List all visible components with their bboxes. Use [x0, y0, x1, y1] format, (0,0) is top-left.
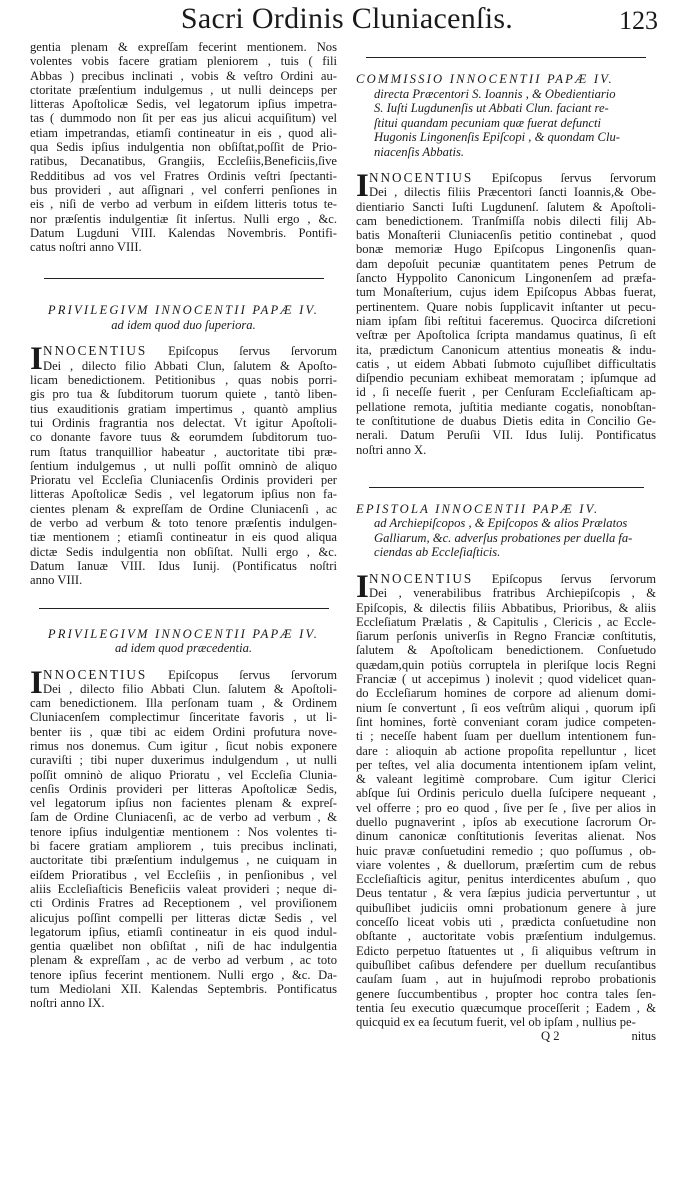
- page-header: Sacri Ordinis Cluniacenſis. 123: [0, 0, 694, 36]
- text-line: alicujus poſſint compelli per litteras d…: [30, 911, 337, 925]
- text-line: cientes plenam & expreſſam de Ordine Clu…: [30, 502, 337, 516]
- text-line: qua Sedis ipſius indulgentia non obſiſta…: [30, 140, 337, 154]
- text-line: duello pugnaverint , ipſos ab executione…: [356, 815, 656, 829]
- text-line: viare volentes , & duellorum, præſertim …: [356, 858, 656, 872]
- text-line: dientiario Sancti Iuſti Lugdunenſ. ſalut…: [356, 200, 656, 214]
- heading-line: ad Archiepiſcopos , & Epiſcopos & alios …: [374, 516, 656, 531]
- text-line: pertinentem. Quare nobis ſupplicavit inſ…: [356, 300, 656, 314]
- text-line: ratibus, Decanatibus, Grangiis, Eccleſii…: [30, 154, 337, 168]
- text-line: ſancto Hyppolito Canonicum Lingonenſem a…: [356, 271, 656, 285]
- section-divider: [44, 278, 324, 279]
- text-line: abſque ſui Ordinis periculo duella ſuſci…: [356, 786, 656, 800]
- text-line: ſint homines, fortè conveniant coram jud…: [356, 715, 656, 729]
- text-line: bus provideri , aut aſſignari , vel conf…: [30, 183, 337, 197]
- section-heading-description: directa Præcentori S. Ioannis , & Obedie…: [356, 87, 656, 160]
- opening-line-rest: Epiſcopus ſervus ſervorum: [147, 668, 337, 682]
- text-line: ſentium indulgemus , ut nulli poſſit omn…: [30, 459, 337, 473]
- text-line: de verbo ad verbum & toto tenore præſent…: [30, 516, 337, 530]
- text-line: tius exauditionis gratiam impertimus , q…: [30, 402, 337, 416]
- right-column: COMMISSIO INNOCENTII PAPÆ IV. directa Pr…: [356, 40, 656, 1045]
- text-line: tiæ mentionem ; etiamſi contineatur in e…: [30, 530, 337, 544]
- text-line: rimus nos donemus. Cum igitur , ſicut no…: [30, 739, 337, 753]
- text-line: Dei , dilectis filiis Præcentori ſancti …: [356, 185, 656, 199]
- signature-mark: Q 2: [541, 1029, 560, 1043]
- text-line: do Eccleſiarum homines de corpore ad ali…: [356, 686, 656, 700]
- text-line: Cluniacenſem complectimur ſinceritate fa…: [30, 710, 337, 724]
- text-line: Redditibus ad vos vel Fratres Ordinis ve…: [30, 169, 337, 183]
- section-divider: [369, 487, 644, 488]
- heading-title: COMMISSIO INNOCENTII PAPÆ IV.: [356, 72, 656, 87]
- heading-line: S. Iuſti Lugdunenſis ut Abbati Clun. fac…: [374, 101, 656, 116]
- section-divider: [366, 57, 646, 58]
- section-commissio: COMMISSIO INNOCENTII PAPÆ IV. directa Pr…: [356, 72, 656, 457]
- opening-line-rest: Epiſcopus ſervus ſervorum: [147, 344, 337, 358]
- text-line: nium ſe convertunt , ſi eos veſtrûm aliq…: [356, 701, 656, 715]
- heading-line: niacenſis Abbatis.: [374, 145, 656, 160]
- letter-body: INNOCENTIUS Epiſcopus ſervus ſervorumDei…: [30, 668, 337, 1011]
- text-line: quibuſlibet caſibus defendere per duellu…: [356, 958, 656, 972]
- text-line: ita, prædictum Canonicum attentius monea…: [356, 343, 656, 357]
- text-line: rum ſtatus tranquillior habeatur , aucto…: [30, 445, 337, 459]
- text-line: Datum Ianuæ VIII. Idus Iunij. (Pontifica…: [30, 559, 337, 573]
- text-line: ſam de Ordine Cluniacenſi, ac de verbo a…: [30, 810, 337, 824]
- text-line: huic pravæ conſuetudini remedio ; quo po…: [356, 844, 656, 858]
- text-line: curaviſti ; tibi nuper duxerimus indulge…: [30, 753, 337, 767]
- letter-body: INNOCENTIUS Epiſcopus ſervus ſervorumDei…: [30, 344, 337, 587]
- text-line: tum Monaſterium, cujus idem Epiſcopus Ab…: [356, 285, 656, 299]
- text-line: volentes vobis facere gratiam pleniorem …: [30, 54, 337, 68]
- text-line: Eccleſiaſticis agitur, penitus interdice…: [356, 872, 656, 886]
- opening-line-rest: Epiſcopus ſervus ſervorum: [473, 572, 656, 586]
- letter-body: INNOCENTIUS Epiſcopus ſervus ſervorumDei…: [356, 171, 656, 457]
- text-line: tenore ipſius fecerint mentionem. Nulli …: [30, 968, 337, 982]
- section-privilegium-2: PRIVILEGIVM INNOCENTII PAPÆ IV. ad idem …: [30, 627, 337, 1011]
- heading-line: Hugonis Lingonenſis Epiſcopi , & quondam…: [374, 130, 656, 145]
- text-line: litteras Apoſtolicæ Sedis, vel legatorum…: [30, 97, 337, 111]
- text-line: ſiarum perſonis univerſis in Regno Franc…: [356, 629, 656, 643]
- text-line: tenore ipſius indulgentiæ mentionem : No…: [30, 825, 337, 839]
- heading-line: Galliarum, &c. adverſus probationes per …: [374, 531, 656, 546]
- text-line: per teſtes, vel alia documenta intention…: [356, 758, 656, 772]
- text-line: quibuſlibet judiciis omni probationum ge…: [356, 901, 656, 915]
- text-line: dinum canonicæ conſtitutionis ſeveritas …: [356, 829, 656, 843]
- text-line: benter iis , quæ tibi ac eidem Ordini pr…: [30, 725, 337, 739]
- opening-word: NNOCENTIUS: [369, 571, 473, 586]
- text-line: diſpendio pecuniam exhibeat memoratam ; …: [356, 371, 656, 385]
- text-line: Dei , venerabilibus fratribus Archiepiſc…: [356, 586, 656, 600]
- heading-title: PRIVILEGIVM INNOCENTII PAPÆ IV.: [30, 627, 337, 642]
- opening-line-rest: Epiſcopus ſervus ſervorum: [473, 171, 656, 185]
- text-line: & valeant legitimè comprobare. Cum igitu…: [356, 772, 656, 786]
- text-line: noſtri anno IX.: [30, 996, 337, 1010]
- section-heading: COMMISSIO INNOCENTII PAPÆ IV.: [356, 72, 656, 87]
- text-line: cam benedictionem. Illa perſonam tuam , …: [30, 696, 337, 710]
- drop-cap: I: [356, 573, 369, 601]
- text-line: obſtante , auctoritate vobis præſentium …: [356, 929, 656, 943]
- heading-title: PRIVILEGIVM INNOCENTII PAPÆ IV.: [30, 303, 337, 318]
- text-line: Dei , dilecto filio Abbati Clun, ſalutem…: [30, 359, 337, 373]
- heading-subtitle: ad idem quod præcedentia.: [30, 641, 337, 656]
- letter-body: INNOCENTIUS Epiſcopus ſervus ſervorumDei…: [356, 572, 656, 1030]
- text-line: vel offerre ; pro eo quod , ſive per ſe …: [356, 801, 656, 815]
- text-line: nor præſentis indulgentiæ ſit inſertus. …: [30, 212, 337, 226]
- section-heading: PRIVILEGIVM INNOCENTII PAPÆ IV. ad idem …: [30, 627, 337, 656]
- text-line: NNOCENTIUS Epiſcopus ſervus ſervorum: [356, 572, 656, 586]
- text-line: eis , niſi de verbo ad verbum in eiſdem …: [30, 197, 337, 211]
- text-line: quicquid ex ea ſecutum fuerit, vel ob ip…: [356, 1015, 656, 1029]
- text-line: ctoritate præſentium indulgemus , ut nul…: [30, 83, 337, 97]
- text-line: Epiſcopis, & dilectis filiis Abbatibus, …: [356, 601, 656, 615]
- text-line: noſtri anno X.: [356, 443, 656, 457]
- drop-cap: I: [30, 345, 43, 373]
- section-divider: [39, 608, 329, 609]
- opening-word: NNOCENTIUS: [43, 343, 147, 358]
- continuation-paragraph: gentia plenam & expreſſam fecerint menti…: [30, 40, 337, 254]
- text-line: co donante favore tuus & eorumdem ſubdit…: [30, 430, 337, 444]
- text-line: litteras Apoſtolicæ Sedis , vel legatoru…: [30, 487, 337, 501]
- text-line: ſalutem & Apoſtolicam benedictionem. Con…: [356, 643, 656, 657]
- text-line: Edicto perpetuo ſtatuentes ut , ſi aliqu…: [356, 944, 656, 958]
- text-line: quædam,quin potiùs corruptela in pleriſq…: [356, 658, 656, 672]
- text-line: tui Ordinis fragrantia nos delectat. Vt …: [30, 416, 337, 430]
- section-heading-description: ad Archiepiſcopos , & Epiſcopos & alios …: [356, 516, 656, 560]
- text-line: Franciæ ( ut accepimus ) inolevit ; quod…: [356, 672, 656, 686]
- heading-subtitle: ad idem quod duo ſuperiora.: [30, 318, 337, 333]
- text-line: bi facere gratiam ampliorem , tuis preci…: [30, 839, 337, 853]
- text-line: ti ; neceſſe habent ſuam per duellum int…: [356, 729, 656, 743]
- text-line: poſſit omninò de aliquo Prioratu , vel E…: [30, 768, 337, 782]
- text-line: genere ſuccumbentibus , propter hoc cont…: [356, 987, 656, 1001]
- text-line: pellatione remota, juſtitia mediante cog…: [356, 400, 656, 414]
- catchword: nitus: [632, 1029, 657, 1043]
- text-line: tentia ſeu executio quæcumque proceſſeri…: [356, 1001, 656, 1015]
- text-line: NNOCENTIUS Epiſcopus ſervus ſervorum: [30, 344, 337, 358]
- text-line: gentia plenam & expreſſam fecerint menti…: [30, 40, 337, 54]
- text-line: bonæ memoriæ Hugo Epiſcopus Lingonenſis …: [356, 242, 656, 256]
- text-line: auctoritate tibi præſentium indulgemus ,…: [30, 853, 337, 867]
- running-title: Sacri Ordinis Cluniacenſis.: [0, 2, 694, 36]
- text-line: cti Ordinis Fratres ad Receptionem , vel…: [30, 896, 337, 910]
- text-line: niam ipſam ſibi reſtitui faceremus. Quoc…: [356, 314, 656, 328]
- text-line: Datum Lugduni VIII. Kalendas Novembris. …: [30, 226, 337, 240]
- text-line: dictæ Sedis indulgentia non obſiſtat. Nu…: [30, 545, 337, 559]
- opening-word: NNOCENTIUS: [369, 170, 473, 185]
- text-line: Dei , dilecto filio Abbati Clun. ſalutem…: [30, 682, 337, 696]
- section-heading: PRIVILEGIVM INNOCENTII PAPÆ IV. ad idem …: [30, 303, 337, 332]
- text-line: tum Mediolani XII. Kalendas Septembris. …: [30, 982, 337, 996]
- text-line: plenam & expreſſam , ac de verbo ad verb…: [30, 953, 337, 967]
- text-line: anno VIII.: [30, 573, 337, 587]
- heading-line: ſtitui quandam pecuniam quæ fuerat defun…: [374, 116, 656, 131]
- page-footer: Q 2 nitus: [356, 1029, 656, 1045]
- heading-line: directa Præcentori S. Ioannis , & Obedie…: [374, 87, 656, 102]
- text-line: gentia quælibet non obſiſtat , niſi de h…: [30, 939, 337, 953]
- text-line: NNOCENTIUS Epiſcopus ſervus ſervorum: [356, 171, 656, 185]
- page-number: 123: [619, 6, 658, 36]
- heading-line: ciendas ab Eccleſiaſticis.: [374, 545, 656, 560]
- text-line: te conſtitutione de duabus Dietis edita …: [356, 414, 656, 428]
- text-line: dam depoſuit pecuniæ quantitatem penes P…: [356, 257, 656, 271]
- text-line: dare : alioquin ab actione propoſita rep…: [356, 744, 656, 758]
- text-line: aliis Eccleſiaſticis Beneficiis valeat p…: [30, 882, 337, 896]
- left-column: gentia plenam & expreſſam fecerint menti…: [30, 40, 337, 1011]
- text-line: cauſam ſuam , aut in hujuſmodi reprobo p…: [356, 972, 656, 986]
- text-line: etiam impetrandas, etiamſi contineatur i…: [30, 126, 337, 140]
- text-line: Abbas ) precibus inclinati , vobis & veſ…: [30, 69, 337, 83]
- text-line: conceſſo liceat vobis uti , prædicta con…: [356, 915, 656, 929]
- heading-title: EPISTOLA INNOCENTII PAPÆ IV.: [356, 502, 656, 517]
- text-line: batis Monaſterii Cluniacenſis petitio co…: [356, 228, 656, 242]
- text-line: tas ( dummodo non ſit per eas jus alicui…: [30, 111, 337, 125]
- section-heading: EPISTOLA INNOCENTII PAPÆ IV.: [356, 502, 656, 517]
- text-line: Eccleſiatum Prælatis , & Capitulis , Cle…: [356, 615, 656, 629]
- text-line: licam benedictionem. Petitionibus , quas…: [30, 373, 337, 387]
- text-line: Deus tentatur , & vera ſæpius judicia pe…: [356, 886, 656, 900]
- drop-cap: I: [356, 172, 369, 200]
- text-line: NNOCENTIUS Epiſcopus ſervus ſervorum: [30, 668, 337, 682]
- section-privilegium-1: PRIVILEGIVM INNOCENTII PAPÆ IV. ad idem …: [30, 303, 337, 587]
- text-line: id , ſi neceſſe fuerit , per Cenſuram Ec…: [356, 385, 656, 399]
- text-line: cenſis Ordinis provideri per litteras Ap…: [30, 782, 337, 796]
- text-line: eiſdem Prioratibus , vel Eccleſiis , in …: [30, 868, 337, 882]
- text-line: gis pro tua & ſubditorum tuorum quiete ,…: [30, 387, 337, 401]
- text-line: vel legatorum ipſius non facientes plena…: [30, 796, 337, 810]
- text-line: catus noſtri anno VIII.: [30, 240, 337, 254]
- opening-word: NNOCENTIUS: [43, 667, 147, 682]
- text-line: legatorum ipſius, etiamſi contineatur in…: [30, 925, 337, 939]
- text-line: cam benedictionem. Tranſmiſſa nobis dile…: [356, 214, 656, 228]
- text-line: Prioratu vel Eccleſia Cluniacenſis Ordin…: [30, 473, 337, 487]
- text-line: veſtræ per Apoſtolica ſcripta mandamus q…: [356, 328, 656, 342]
- text-line: catis , ut eidem Abbati ſubmoto cujuſlib…: [356, 357, 656, 371]
- text-line: nerali. Datum Peruſii VII. Idus Iulij. P…: [356, 428, 656, 442]
- section-epistola: EPISTOLA INNOCENTII PAPÆ IV. ad Archiepi…: [356, 502, 656, 1030]
- drop-cap: I: [30, 669, 43, 697]
